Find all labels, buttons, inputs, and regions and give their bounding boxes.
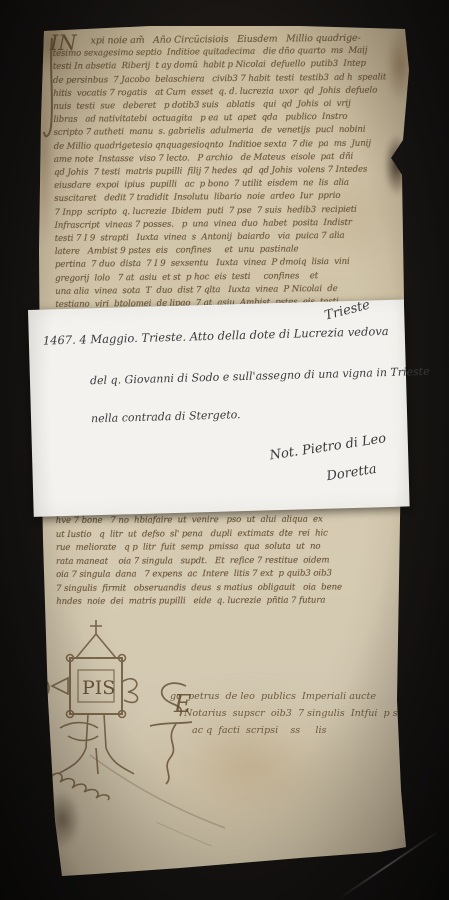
note-date-line: 1467. 4 Maggio. Trieste. Atto della dote…	[43, 324, 389, 348]
note-description-line: nella contrada di Stergeto.	[91, 408, 241, 425]
note-corner-annotation: Trieste	[323, 297, 372, 323]
archivist-note: Trieste 1467. 4 Maggio. Trieste. Atto de…	[28, 300, 410, 517]
note-signature-name: Not. Pietro di Leo	[268, 431, 386, 463]
note-description-line: del q. Giovanni di Sodo e sull'assegno d…	[90, 365, 430, 387]
photo-stage: IN xpi noie am̃ Año Circūcisiois Eiusde…	[0, 0, 449, 900]
note-signature: Not. Pietro di Leo Doretta	[268, 431, 391, 492]
note-signature-second-line: Doretta	[273, 460, 391, 492]
